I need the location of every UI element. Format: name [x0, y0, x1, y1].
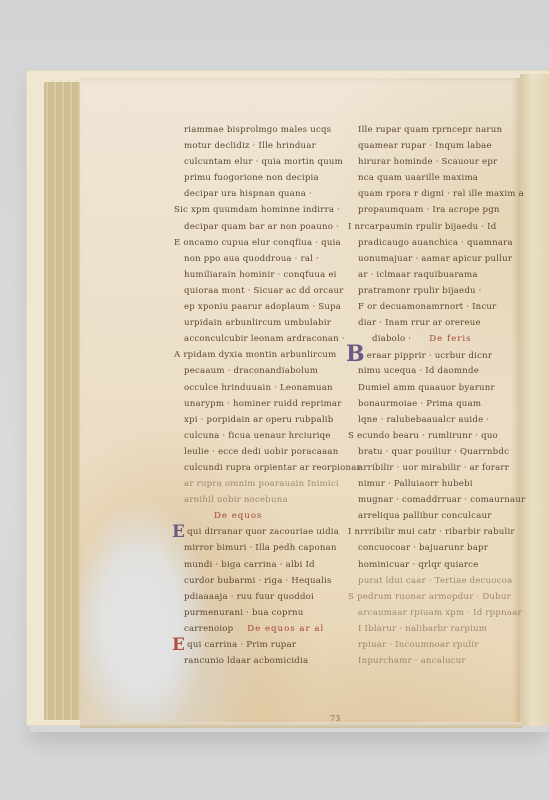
text-line: mundi · biga carrina · albi Id	[184, 557, 352, 573]
text-line: hominicuar · qrlqr quiarce	[358, 557, 526, 573]
text-line: decipar ura hispnan quana ·	[184, 186, 352, 202]
text-line: qui dirranar quor zacouriae uidia	[187, 527, 339, 537]
text-line: riammae bisprolmgo males ucqs	[184, 122, 352, 138]
decorated-initial: E	[172, 525, 185, 539]
text-line: Ille rupar quam rprncepr narun	[358, 122, 526, 138]
text-line: pratramonr rpulir bijaedu ·	[358, 283, 526, 299]
text-line: A rpidam dyxia montin arbunlircum	[174, 347, 352, 363]
text-line: quamear rupar · Inqum labae	[358, 138, 526, 154]
text-line: S ecundo bearu · rumlirunr · quo	[348, 428, 526, 444]
text-line: E oncamo cupua elur conqfiua · quia	[174, 235, 352, 251]
text-line: arnihil uobir nocebuna	[184, 492, 352, 508]
text-line: ep xponiu paarur adoplaum · Supa	[184, 299, 352, 315]
text-line: curdor bubarmi · riga · Hequalis	[184, 573, 352, 589]
decorated-initial: B	[346, 347, 365, 361]
text-line: quam rpora r digni · ral ille maxim a	[358, 186, 526, 202]
text-line: culcuntam elur · quia mortin quum	[184, 154, 352, 170]
text-line: urpidain arbunlircum umbulabir	[184, 315, 352, 331]
rubric-heading: De feris	[429, 334, 471, 344]
page-stack-edges	[44, 82, 82, 720]
text-line: occulce hrinduuain · Leonamuan	[184, 380, 352, 396]
text-line: arreliqua pallibur conculcaur	[358, 508, 526, 524]
text-line: diabolo ·	[372, 334, 411, 344]
text-line: mirror bimuri · Illa pedh caponan	[184, 540, 352, 556]
left-text-column: riammae bisprolmgo males ucqs motur decl…	[184, 122, 352, 669]
decorated-initial: E	[172, 638, 185, 652]
text-line: arribilir · uor mirabilir · ar forarr	[358, 460, 526, 476]
text-line: pradicaugo auanchica · quamnara	[358, 235, 526, 251]
text-line: carrenoiop	[184, 624, 233, 634]
text-line: I Iblarur · nalibarbr rarpium	[358, 621, 526, 637]
text-line: Inpurchamr · ancalucur	[358, 653, 526, 669]
text-line: I nrcarpaumin rpulir bijaedu · Id	[348, 219, 526, 235]
text-line: nimu ucequa · Id daomnde	[358, 363, 526, 379]
text-line: Dumiel amm quaauor byarunr	[358, 380, 526, 396]
text-line: propaumquam · Ira acrope pgn	[358, 202, 526, 218]
right-text-column: Ille rupar quam rprncepr narun quamear r…	[358, 122, 526, 669]
text-line: eraar pipprir · ucrbur dicnr	[367, 351, 492, 361]
text-line: pecaaum · draconandiabolum	[184, 363, 352, 379]
text-line: F or decuamonamrnort · Incur	[358, 299, 526, 315]
text-line: lqne · ralubebaaualcr auide ·	[358, 412, 526, 428]
text-line: humiliarain hominir · conqfuua ei	[184, 267, 352, 283]
text-line: non ppo aua quoddroua · ral ·	[184, 251, 352, 267]
text-line: diar · Inam rrur ar orereue	[358, 315, 526, 331]
text-line: mugnar · comaddrruar · comaurnaur	[358, 492, 526, 508]
text-line: rancunio ldaar acbomicidia	[184, 653, 352, 669]
text-line: qui carrina · Prim rupar	[187, 640, 296, 650]
rubric-heading: De equos ar al	[247, 624, 324, 634]
text-line: arcaumaar rpiuam xpm · Id rppnaar	[358, 605, 526, 621]
text-line: xpi · porpidain ar operu rubpalib	[184, 412, 352, 428]
text-line: Sic xpm quumdam hominne indirra ·	[174, 202, 352, 218]
text-line: rpiuar · Incoumnoar rpulir	[358, 637, 526, 653]
text-line: purat ldui caar · Tertiae decuocoa	[358, 573, 526, 589]
text-line: nimur · Palluiaorr hubebi	[358, 476, 526, 492]
text-line: motur declidiz · Ille hrinduar	[184, 138, 352, 154]
text-line: I nrrribilir mui catr · ribarbir rabulir	[348, 524, 526, 540]
text-line: ar · iclmaar raquibuarama	[358, 267, 526, 283]
text-line: unarypm · hominer ruidd reprimar	[184, 396, 352, 412]
text-line: nca quam uaarille maxima	[358, 170, 526, 186]
rubric-heading: De equos	[214, 508, 352, 524]
folio-number: 73	[330, 714, 340, 723]
text-line: primu fuogorione non decipia	[184, 170, 352, 186]
text-line: hirurar hominde · Scauour epr	[358, 154, 526, 170]
text-line: concuocoar · bajuarunr bapr	[358, 540, 526, 556]
text-line: leulie · ecce dedi uobir poracaaan	[184, 444, 352, 460]
text-line: acconculcubir leonam ardraconan ·	[184, 331, 352, 347]
text-line: quioraa mont · Sicuar ac dd orcaur	[184, 283, 352, 299]
text-line: decipar quam bar ar non poauno ·	[184, 219, 352, 235]
text-line: pdiaaaaja · ruu fuur quoddoi	[184, 589, 352, 605]
text-line: purmenurani · bua coprnu	[184, 605, 352, 621]
text-line: culcuna · ficua uenaur hrciuriqe	[184, 428, 352, 444]
text-line: uonumajuar · aamar apicur pullur	[358, 251, 526, 267]
text-line: ar rupra omnim poarauain Inimici	[184, 476, 352, 492]
text-line: S pedrum ruonar armopdur · Dubur	[348, 589, 526, 605]
text-line: culcundi rupra orpientar ar reorpionar	[184, 460, 352, 476]
text-line: bonaurmoiae · Prima quam	[358, 396, 526, 412]
text-line: bratu · quar pouiliur · Quarrnbdc	[358, 444, 526, 460]
page-bottom-edge	[80, 722, 522, 728]
